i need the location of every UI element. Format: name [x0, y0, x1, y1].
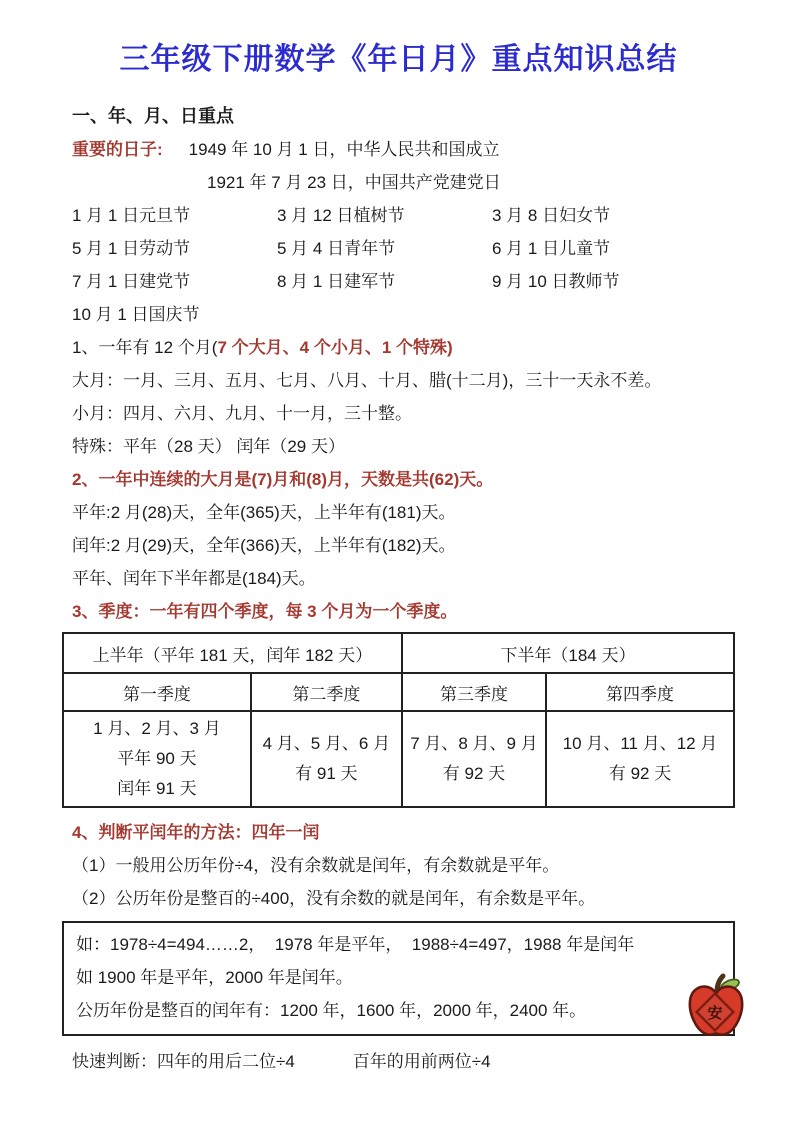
common-year-line: 平年:2 月(28)天，全年(365)天，上半年有(181)天。 [62, 496, 735, 529]
point3-heading: 3、季度：一年有四个季度，每 3 个月为一个季度。 [62, 595, 735, 628]
important-days-label: 重要的日子: [72, 133, 163, 166]
holiday-item: 5 月 4 日青年节 [277, 232, 492, 265]
quarter-1-months: 1 月、2 月、3 月 [66, 714, 248, 744]
second-half-line: 平年、闰年下半年都是(184)天。 [62, 562, 735, 595]
holiday-item: 1 月 1 日元旦节 [72, 199, 277, 232]
quarter-1-common-days: 平年 90 天 [66, 744, 248, 774]
quarter-3-days: 有 92 天 [405, 759, 543, 789]
quarter-4-days: 有 92 天 [549, 759, 731, 789]
point1-prefix: 1、一年有 12 个月( [72, 338, 217, 357]
page-title: 三年级下册数学《年日月》重点知识总结 [62, 40, 735, 80]
table-row-quarter-details: 1 月、2 月、3 月 平年 90 天 闰年 91 天 4 月、5 月、6 月 … [63, 711, 734, 807]
holiday-item: 6 月 1 日儿童节 [492, 232, 735, 265]
holiday-national-day: 10 月 1 日国庆节 [62, 298, 735, 331]
point4-heading: 4、判断平闰年的方法：四年一闰 [62, 816, 735, 849]
important-date-1921: 1921 年 7 月 23 日，中国共产党建党日 [62, 166, 735, 199]
second-half-header: 下半年（184 天） [402, 633, 734, 673]
holiday-item: 3 月 8 日妇女节 [492, 199, 735, 232]
example-line-3: 公历年份是整百的闰年有：1200 年，1600 年，2000 年，2400 年。 [76, 994, 721, 1027]
small-months-line: 小月：四月、六月、九月、十一月，三十整。 [62, 397, 735, 430]
document-page: 三年级下册数学《年日月》重点知识总结 一、年、月、日重点 重要的日子: 1949… [0, 0, 793, 1122]
quarter-4-cell: 10 月、11 月、12 月 有 92 天 [546, 711, 734, 807]
quarter-2-days: 有 91 天 [254, 759, 399, 789]
quarter-3-cell: 7 月、8 月、9 月 有 92 天 [402, 711, 546, 807]
quarter-header-2: 第二季度 [251, 673, 402, 711]
quarter-1-cell: 1 月、2 月、3 月 平年 90 天 闰年 91 天 [63, 711, 251, 807]
quick-judge-rule-hundred: 百年的用前两位÷4 [353, 1052, 491, 1071]
quick-judge-line: 快速判断：四年的用后二位÷4百年的用前两位÷4 [62, 1045, 735, 1078]
holiday-item: 8 月 1 日建军节 [277, 265, 492, 298]
leap-year-line: 闰年:2 月(29)天，全年(366)天，上半年有(182)天。 [62, 529, 735, 562]
leap-rule-1: （1）一般用公历年份÷4，没有余数就是闰年，有余数就是平年。 [62, 849, 735, 882]
point1-highlight: 7 个大月、4 个小月、1 个特殊) [217, 338, 452, 357]
holiday-item: 7 月 1 日建党节 [72, 265, 277, 298]
example-line-2: 如 1900 年是平年，2000 年是闰年。 [76, 961, 721, 994]
example-box: 如：1978÷4=494……2， 1978 年是平年， 1988÷4=497，1… [62, 921, 735, 1036]
section-heading: 一、年、月、日重点 [62, 100, 735, 133]
point2-heading: 2、一年中连续的大月是(7)月和(8)月，天数是共(62)天。 [62, 463, 735, 496]
quarter-2-months: 4 月、5 月、6 月 [254, 729, 399, 759]
holiday-list: 1 月 1 日元旦节 3 月 12 日植树节 3 月 8 日妇女节 5 月 1 … [62, 199, 735, 298]
first-half-header: 上半年（平年 181 天，闰年 182 天） [63, 633, 402, 673]
quarter-2-cell: 4 月、5 月、6 月 有 91 天 [251, 711, 402, 807]
important-days-line: 重要的日子: 1949 年 10 月 1 日，中华人民共和国成立 [62, 133, 735, 166]
point1-heading: 1、一年有 12 个月(7 个大月、4 个小月、1 个特殊) [62, 331, 735, 364]
quarter-header-3: 第三季度 [402, 673, 546, 711]
apple-icon: 安 [684, 972, 748, 1042]
quarter-header-4: 第四季度 [546, 673, 734, 711]
quarter-header-1: 第一季度 [63, 673, 251, 711]
quarter-table: 上半年（平年 181 天，闰年 182 天） 下半年（184 天） 第一季度 第… [62, 632, 735, 808]
big-months-line: 大月：一月、三月、五月、七月、八月、十月、腊(十二月)，三十一天永不差。 [62, 364, 735, 397]
table-row-quarter-headers: 第一季度 第二季度 第三季度 第四季度 [63, 673, 734, 711]
holiday-item: 3 月 12 日植树节 [277, 199, 492, 232]
special-month-line: 特殊：平年（28 天） 闰年（29 天） [62, 430, 735, 463]
apple-badge-char: 安 [707, 1004, 722, 1022]
quick-judge-rule-four: 四年的用后二位÷4 [157, 1052, 295, 1071]
quick-judge-label: 快速判断： [72, 1052, 157, 1071]
example-line-1: 如：1978÷4=494……2， 1978 年是平年， 1988÷4=497，1… [76, 928, 721, 961]
table-row-halves: 上半年（平年 181 天，闰年 182 天） 下半年（184 天） [63, 633, 734, 673]
quarter-4-months: 10 月、11 月、12 月 [549, 729, 731, 759]
holiday-item: 9 月 10 日教师节 [492, 265, 735, 298]
quarter-1-leap-days: 闰年 91 天 [66, 774, 248, 804]
quarter-3-months: 7 月、8 月、9 月 [405, 729, 543, 759]
leap-rule-2: （2）公历年份是整百的÷400，没有余数的就是闰年，有余数是平年。 [62, 882, 735, 915]
important-date-1949: 1949 年 10 月 1 日，中华人民共和国成立 [189, 133, 500, 166]
holiday-item: 5 月 1 日劳动节 [72, 232, 277, 265]
